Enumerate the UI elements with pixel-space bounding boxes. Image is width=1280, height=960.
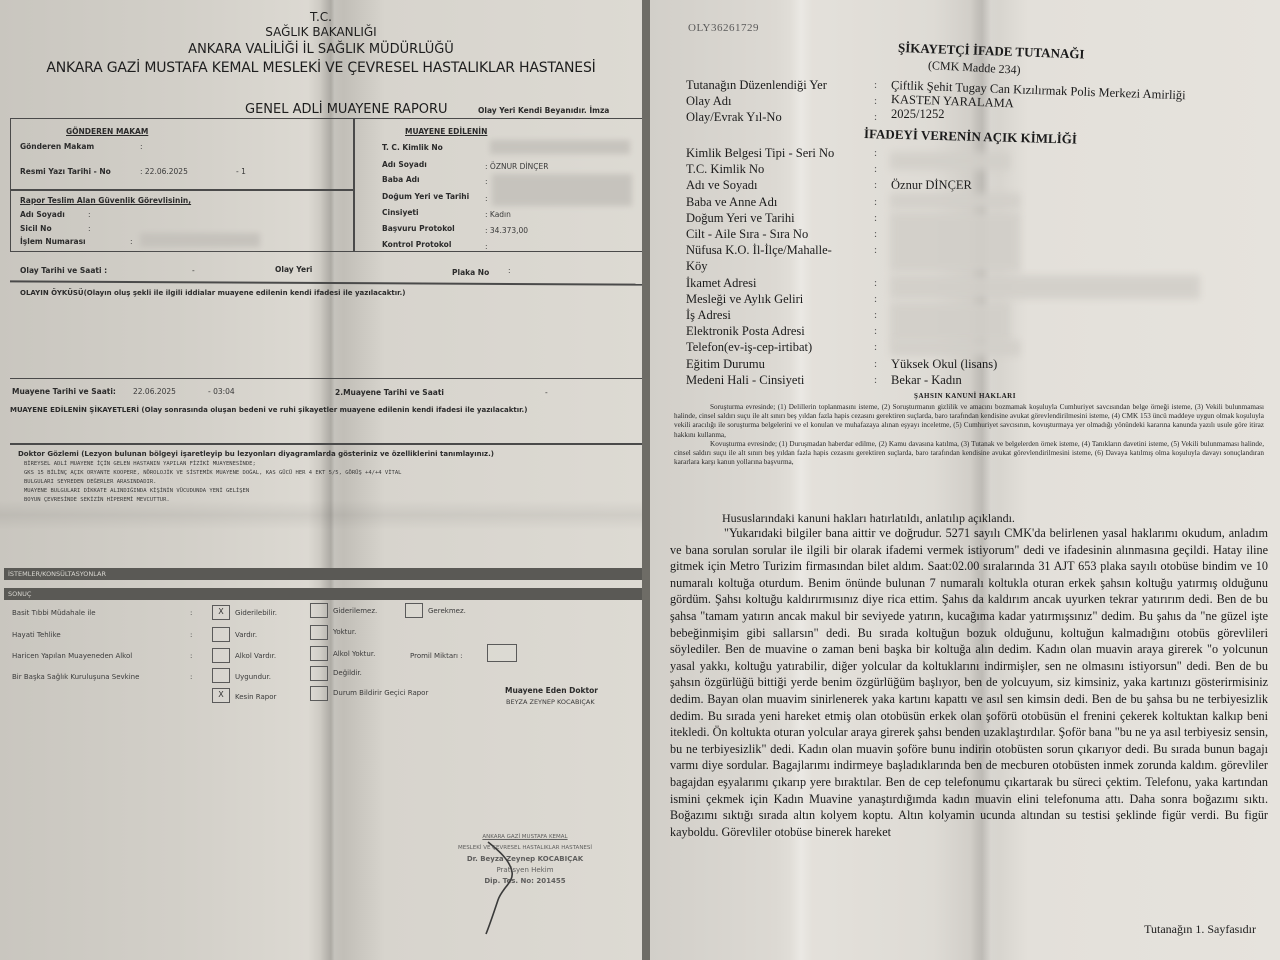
document-photo: T.C. SAĞLIK BAKANLIĞI ANKARA VALİLİĞİ İL… xyxy=(0,0,1280,960)
application-protocol-label: Başvuru Protokol xyxy=(382,224,455,233)
page-footer: Tutanağın 1. Sayfasıdır xyxy=(1144,922,1256,937)
checkbox-alcohol-yes[interactable] xyxy=(212,648,230,663)
checklist-label: Basit Tıbbi Müdahale ile xyxy=(12,609,96,617)
identity-label: İkamet Adresi xyxy=(686,276,756,291)
colon: : xyxy=(874,309,877,321)
rights-text: Soruşturma evresinde; (1) Delillerin top… xyxy=(674,403,1264,467)
exam-date-value: 22.06.2025 xyxy=(133,387,176,396)
identity-heading: İFADEYİ VERENİN AÇIK KİMLİĞİ xyxy=(864,126,1077,148)
transaction-number-value: : xyxy=(130,237,133,246)
redacted-field xyxy=(890,340,1020,356)
option-alcohol-yes: Alkol Vardır. xyxy=(235,652,276,660)
second-exam-label: 2.Muayene Tarihi ve Saati xyxy=(335,388,444,397)
redacted-field xyxy=(490,140,630,154)
gender-label: Cinsiyeti xyxy=(382,208,419,217)
rights-paragraph: Soruşturma evresinde; (1) Delillerin top… xyxy=(674,403,1264,440)
sender-heading: GÖNDEREN MAKAM xyxy=(66,127,148,136)
checkbox-final-report[interactable]: X xyxy=(212,688,230,703)
checkbox-life-threat-yes[interactable] xyxy=(212,627,230,642)
statement-text: "Yukarıdaki bilgiler bana aittir ve doğr… xyxy=(670,525,1268,840)
colon: : xyxy=(874,358,877,370)
colon: : xyxy=(874,95,877,107)
signature-icon xyxy=(480,838,540,938)
colon: : xyxy=(874,163,877,175)
colon: : xyxy=(190,609,192,617)
father-name-label: Baba Adı xyxy=(382,175,420,184)
colon: : xyxy=(874,374,877,386)
identity-label: Baba ve Anne Adı xyxy=(686,195,777,210)
findings-line: MUAYENE BULGULARI DİKKATE ALINDIĞINDA Kİ… xyxy=(24,487,402,496)
identity-value: Bekar - Kadın xyxy=(891,373,962,388)
identity-label: Adı ve Soyadı xyxy=(686,178,758,193)
report-note: Olay Yeri Kendi Beyanıdır. İmza xyxy=(478,106,609,115)
colon: : xyxy=(874,212,877,224)
findings-line: BOYUN ÇEVRESİNDE SEKİZİN HİPEREMİ MEVCUT… xyxy=(24,496,402,505)
examining-doctor-title: Muayene Eden Doktor xyxy=(505,686,598,695)
incident-place-label: Olay Yeri xyxy=(275,265,312,274)
conclusion-bar: SONUÇ xyxy=(4,588,642,600)
checkbox-not-needed[interactable] xyxy=(405,603,423,618)
medical-report-page: T.C. SAĞLIK BAKANLIĞI ANKARA VALİLİĞİ İL… xyxy=(0,0,642,960)
rights-reminder: Hususlarındaki kanuni hakları hatırlatıl… xyxy=(722,511,1015,526)
checklist-label: Hayati Tehlike xyxy=(12,631,61,639)
sender-box xyxy=(10,118,354,190)
father-name-value: : xyxy=(485,177,488,186)
option-life-threat-yes: Vardır. xyxy=(235,631,257,639)
redacted-field xyxy=(890,193,1020,209)
identity-label: İş Adresi xyxy=(686,308,731,323)
option-referral-no: Değildir. xyxy=(333,669,362,677)
identity-label: Mesleği ve Aylık Geliri xyxy=(686,292,803,307)
exam-date-label: Muayene Tarihi ve Saati: xyxy=(12,387,116,396)
sender-label: Gönderen Makam xyxy=(20,142,94,151)
statement-subtitle: (CMK Madde 234) xyxy=(928,58,1021,78)
colon: : xyxy=(874,293,877,305)
checkbox-referral-yes[interactable] xyxy=(212,668,230,683)
option-treatable: Giderilebilir. xyxy=(235,609,277,617)
checkbox-treatable[interactable]: X xyxy=(212,605,230,620)
colon: : xyxy=(874,228,877,240)
examined-name-value: : ÖZNUR DİNÇER xyxy=(485,162,548,171)
option-not-treatable: Giderilemez. xyxy=(333,607,377,615)
identity-label: Doğum Yeri ve Tarihi xyxy=(686,211,795,226)
rights-paragraph: Kovuşturma evresinde; (1) Duruşmadan hab… xyxy=(674,440,1264,468)
transaction-number-label: İşlem Numarası xyxy=(20,237,86,246)
colon: : xyxy=(874,179,877,191)
incident-date-sep: - xyxy=(192,266,195,275)
header-hospital: ANKARA GAZİ MUSTAFA KEMAL MESLEKİ VE ÇEV… xyxy=(0,60,642,76)
header-ministry: SAĞLIK BAKANLIĞI xyxy=(0,25,642,39)
identity-value: Yüksek Okul (lisans) xyxy=(891,357,997,372)
colon: : xyxy=(874,147,877,159)
doctor-findings-heading: Doktor Gözlemi (Lezyon bulunan bölgeyi i… xyxy=(18,450,494,458)
colon: : xyxy=(190,652,192,660)
colon: : xyxy=(190,673,192,681)
identity-label: T.C. Kimlik No xyxy=(686,162,764,177)
identity-label: Cilt - Aile Sıra - Sıra No xyxy=(686,227,808,242)
option-alcohol-no: Alkol Yoktur. xyxy=(333,650,375,658)
identity-label: Köy xyxy=(686,259,708,274)
divider xyxy=(10,280,642,285)
colon: : xyxy=(874,325,877,337)
identity-label: Kimlik Belgesi Tipi - Seri No xyxy=(686,146,834,161)
option-final-report: Kesin Rapor xyxy=(235,693,276,701)
identity-label: Elektronik Posta Adresi xyxy=(686,324,805,339)
colon: : xyxy=(190,631,192,639)
option-not-needed: Gerekmez. xyxy=(428,607,466,615)
redacted-field xyxy=(140,233,260,247)
receiver-registry-label: Sicil No xyxy=(20,224,52,233)
header-directorate: ANKARA VALİLİĞİ İL SAĞLIK MÜDÜRLÜĞÜ xyxy=(0,42,642,57)
colon: : xyxy=(874,341,877,353)
application-protocol-value: : 34.373,00 xyxy=(485,226,528,235)
checkbox-temporary-report[interactable] xyxy=(310,686,328,701)
findings-line: BİREYSEL ADLİ MUAYENE İÇİN GELEN HASTANI… xyxy=(24,460,402,469)
identity-label: Medeni Hali - Cinsiyeti xyxy=(686,373,804,388)
statement-paragraph: "Yukarıdaki bilgiler bana aittir ve doğr… xyxy=(670,525,1268,840)
divider xyxy=(10,443,642,445)
incident-date-label: Olay Tarihi ve Saati : xyxy=(20,266,107,275)
receiver-registry-value: : xyxy=(88,224,91,233)
official-letter-date: : 22.06.2025 xyxy=(140,167,188,176)
rights-heading: ŞAHSIN KANUNİ HAKLARI xyxy=(650,392,1280,400)
redacted-field xyxy=(890,302,1010,342)
receiver-heading: Rapor Teslim Alan Güvenlik Görevlisinin, xyxy=(20,196,191,205)
birth-value: : xyxy=(485,194,488,203)
header-tc: T.C. xyxy=(0,10,642,24)
exam-time-value: - 03:04 xyxy=(208,387,235,396)
document-id: OLY36261729 xyxy=(688,22,759,34)
second-exam-sep: - xyxy=(545,388,548,397)
redacted-field xyxy=(890,275,1200,299)
examined-name-label: Adı Soyadı xyxy=(382,160,427,169)
option-life-threat-no: Yoktur. xyxy=(333,628,356,636)
control-protocol-value: : xyxy=(485,242,488,251)
history-heading: OLAYIN ÖYKÜSÜ(Olayın oluş şekli ile ilgi… xyxy=(20,289,405,297)
redacted-field xyxy=(492,174,632,206)
checkbox-life-threat-no[interactable] xyxy=(310,625,328,640)
examined-heading: MUAYENE EDİLENİN xyxy=(405,127,487,136)
findings-line: BULGULARI SEYREDEN DEĞERLER ARASINDADIR. xyxy=(24,478,402,487)
redacted-field xyxy=(890,152,1010,170)
identity-label: Nüfusa K.O. İl-İlçe/Mahalle- xyxy=(686,243,832,258)
checkbox-not-treatable[interactable] xyxy=(310,603,328,618)
meta-value-file-no: 2025/1252 xyxy=(891,107,944,122)
plate-label: Plaka No xyxy=(452,268,489,277)
promille-label: Promil Miktarı : xyxy=(410,652,463,660)
colon: : xyxy=(874,244,877,256)
colon: : xyxy=(874,196,877,208)
identity-label: Eğitim Durumu xyxy=(686,357,765,372)
examining-doctor-name: BEYZA ZEYNEP KOCABIÇAK xyxy=(506,698,595,706)
meta-label: Olay/Evrak Yıl-No xyxy=(686,110,782,125)
checklist-label: Haricen Yapılan Muayeneden Alkol xyxy=(12,652,132,660)
colon: : xyxy=(874,277,877,289)
complaint-statement-page: OLY36261729 ŞİKAYETÇİ İFADE TUTANAĞI (CM… xyxy=(650,0,1280,960)
gender-value: : Kadın xyxy=(485,210,511,219)
examined-id-label: T. C. Kimlik No xyxy=(382,143,443,152)
receiver-name-label: Adı Soyadı xyxy=(20,210,65,219)
receiver-name-value: : xyxy=(88,210,91,219)
sender-value: : xyxy=(140,142,143,151)
option-temporary-report: Durum Bildirir Geçici Rapor xyxy=(333,689,428,697)
official-letter-label: Resmi Yazı Tarihi - No xyxy=(20,167,111,176)
control-protocol-label: Kontrol Protokol xyxy=(382,240,451,249)
checklist-label: Bir Başka Sağlık Kuruluşuna Sevkine xyxy=(12,673,139,681)
colon: : xyxy=(874,79,877,91)
divider xyxy=(10,378,642,379)
findings-line: GKS 15 BİLİNÇ AÇIK ORYANTE KOOPERE, NÖRO… xyxy=(24,469,402,478)
birth-label: Doğum Yeri ve Tarihi xyxy=(382,192,469,201)
option-referral-yes: Uygundur. xyxy=(235,673,271,681)
meta-label: Tutanağın Düzenlendiği Yer xyxy=(686,78,827,93)
plate-value: : xyxy=(508,266,511,275)
identity-value: Öznur DİNÇER xyxy=(891,178,972,193)
checkbox-alcohol-no[interactable] xyxy=(310,646,328,661)
identity-label: Telefon(ev-iş-cep-irtibat) xyxy=(686,340,812,355)
colon: : xyxy=(874,111,877,123)
doctor-findings-text: BİREYSEL ADLİ MUAYENE İÇİN GELEN HASTANI… xyxy=(24,460,402,505)
official-letter-no: - 1 xyxy=(236,167,246,176)
consultations-bar: İSTEMLER/KONSÜLTASYONLAR xyxy=(4,568,642,580)
promille-input[interactable] xyxy=(487,644,517,662)
complaints-heading: MUAYENE EDİLENİN ŞİKAYETLERİ (Olay sonra… xyxy=(10,406,527,414)
meta-label: Olay Adı xyxy=(686,94,731,109)
redacted-field xyxy=(890,212,1020,272)
checkbox-referral-no[interactable] xyxy=(310,666,328,681)
statement-title: ŞİKAYETÇİ İFADE TUTANAĞI xyxy=(898,40,1085,63)
report-title: GENEL ADLİ MUAYENE RAPORU xyxy=(245,102,448,117)
